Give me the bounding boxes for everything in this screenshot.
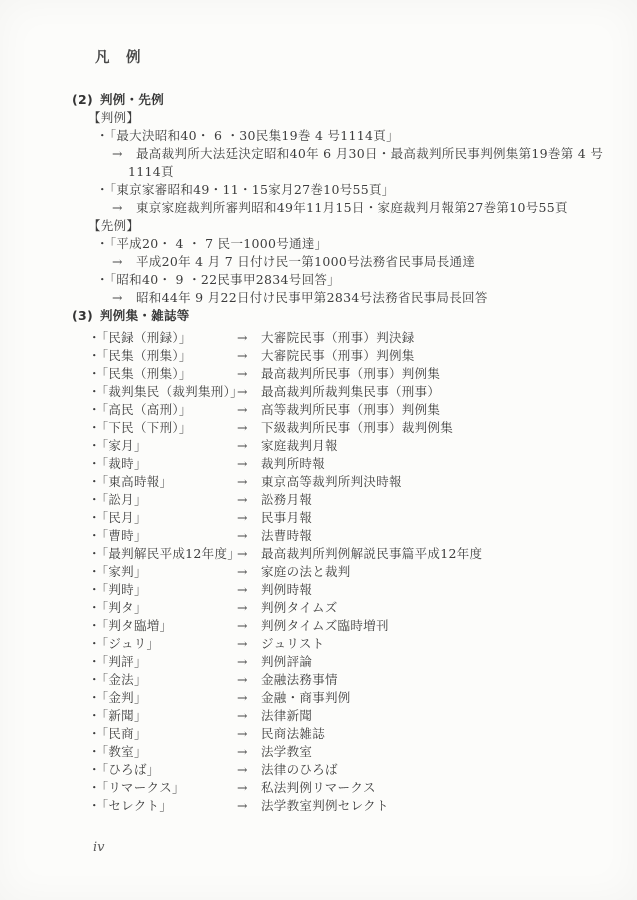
bullet-icon: ・: [88, 456, 101, 471]
abbrev-cell: ・「判タ」: [88, 599, 237, 617]
entry-meaning: 東京家庭裁判所審判昭和49年11月15日・家庭裁判月報第27巻第10号55頁: [136, 200, 568, 215]
entry-meaning: 最高裁判所民事（刑事）判例集: [261, 365, 607, 383]
entry-abbr: 「裁判集民（裁判集刑）」: [102, 384, 243, 399]
entry-abbr: 「ひろば」: [102, 762, 160, 777]
entry-abbr: 「最判解民平成12年度」: [102, 546, 240, 561]
entry-meaning: 大審院民事（刑事）判例集: [261, 347, 607, 365]
maps-to-arrow: →: [237, 563, 261, 581]
entry-meaning: 最高裁判所判例解説民事篇平成12年度: [261, 545, 607, 563]
content: (2)判例・先例 【判例】 ・「最大決昭和40・ 6 ・30民集19巻 4 号1…: [72, 91, 607, 815]
maps-to-arrow: →: [237, 491, 261, 509]
abbrev-cell: ・「民月」: [88, 509, 237, 527]
abbrev-row: ・「最判解民平成12年度」 → 最高裁判所判例解説民事篇平成12年度: [72, 545, 607, 563]
bullet-icon: ・: [88, 474, 101, 489]
maps-to-arrow: →: [112, 253, 136, 271]
maps-to-arrow: →: [237, 797, 261, 815]
entry-abbr: 「金判」: [102, 690, 147, 705]
abbrev-cell: ・「ジュリ」: [88, 635, 237, 653]
abbrev-cell: ・「判評」: [88, 653, 237, 671]
maps-to-arrow: →: [237, 383, 261, 401]
bullet-icon: ・: [88, 618, 101, 633]
bullet-icon: ・: [88, 744, 101, 759]
precedent-entry: ・「昭和40・ 9 ・22民事甲2834号回答」: [72, 271, 607, 289]
entry-meaning: 法律新聞: [261, 707, 607, 725]
abbrev-row: ・「ひろば」 → 法律のひろば: [72, 761, 607, 779]
bullet-icon: ・: [88, 348, 101, 363]
maps-to-arrow: →: [237, 761, 261, 779]
abbrev-cell: ・「民集（刑集）」: [88, 347, 237, 365]
abbrev-cell: ・「金判」: [88, 689, 237, 707]
bullet-icon: ・: [88, 582, 101, 597]
maps-to-arrow: →: [237, 599, 261, 617]
bullet-icon: ・: [88, 330, 101, 345]
entry-abbr: 「高民（高刑）」: [102, 402, 192, 417]
abbrev-cell: ・「判タ臨増」: [88, 617, 237, 635]
bullet-icon: ・: [88, 366, 101, 381]
precedent-meaning: →平成20年 4 月 7 日付け民一第1000号法務省民事局長通達: [72, 253, 607, 271]
entry-meaning: 最高裁判所裁判集民事（刑事）: [261, 383, 607, 401]
bullet-icon: ・: [88, 438, 101, 453]
maps-to-arrow: →: [237, 347, 261, 365]
entry-meaning: 平成20年 4 月 7 日付け民一第1000号法務省民事局長通達: [136, 254, 475, 269]
maps-to-arrow: →: [237, 689, 261, 707]
entry-meaning: 民商法雑誌: [261, 725, 607, 743]
bullet-icon: ・: [88, 384, 101, 399]
abbrev-cell: ・「高民（高刑）」: [88, 401, 237, 419]
abbrev-row: ・「裁時」 → 裁判所時報: [72, 455, 607, 473]
entry-meaning: 私法判例リマークス: [261, 779, 607, 797]
entry-abbr: 「民集（刑集）」: [102, 348, 192, 363]
abbrev-cell: ・「民商」: [88, 725, 237, 743]
entry-abbr: 「下民（下刑）」: [102, 420, 192, 435]
page-title: 凡 例: [95, 46, 142, 67]
bullet-icon: ・: [96, 182, 109, 197]
abbrev-row: ・「民月」 → 民事月報: [72, 509, 607, 527]
bullet-icon: ・: [96, 128, 109, 143]
page: 凡 例 (2)判例・先例 【判例】 ・「最大決昭和40・ 6 ・30民集19巻 …: [0, 0, 637, 900]
abbrev-cell: ・「最判解民平成12年度」: [88, 545, 237, 563]
group-label-senrei: 【先例】: [72, 217, 607, 235]
abbrev-cell: ・「判時」: [88, 581, 237, 599]
bullet-icon: ・: [88, 528, 101, 543]
abbrev-list: ・「民録（刑録）」 → 大審院民事（刑事）判決録 ・「民集（刑集）」 → 大審院…: [72, 329, 607, 815]
maps-to-arrow: →: [237, 653, 261, 671]
abbrev-row: ・「判タ」 → 判例タイムズ: [72, 599, 607, 617]
maps-to-arrow: →: [237, 401, 261, 419]
bullet-icon: ・: [88, 762, 101, 777]
bullet-icon: ・: [88, 780, 101, 795]
maps-to-arrow: →: [237, 545, 261, 563]
page-number: iv: [93, 840, 105, 855]
abbrev-row: ・「裁判集民（裁判集刑）」 → 最高裁判所裁判集民事（刑事）: [72, 383, 607, 401]
entry-abbr: 「リマークス」: [102, 780, 185, 795]
bullet-icon: ・: [96, 236, 109, 251]
entry-meaning: 法学教室: [261, 743, 607, 761]
bullet-icon: ・: [88, 690, 101, 705]
maps-to-arrow: →: [112, 145, 136, 163]
abbrev-row: ・「曹時」 → 法曹時報: [72, 527, 607, 545]
entry-abbr: 「家月」: [102, 438, 147, 453]
abbrev-row: ・「民録（刑録）」 → 大審院民事（刑事）判決録: [72, 329, 607, 347]
abbrev-cell: ・「裁時」: [88, 455, 237, 473]
maps-to-arrow: →: [237, 635, 261, 653]
abbrev-cell: ・「家月」: [88, 437, 237, 455]
entry-meaning: ジュリスト: [261, 635, 607, 653]
entry-meaning: 下級裁判所民事（刑事）裁判例集: [261, 419, 607, 437]
entry-abbr: 「判時」: [102, 582, 147, 597]
abbrev-row: ・「民集（刑集）」 → 大審院民事（刑事）判例集: [72, 347, 607, 365]
abbrev-row: ・「リマークス」 → 私法判例リマークス: [72, 779, 607, 797]
abbrev-row: ・「下民（下刑）」 → 下級裁判所民事（刑事）裁判例集: [72, 419, 607, 437]
abbrev-cell: ・「リマークス」: [88, 779, 237, 797]
section-reporters-heading: (3)判例集・雑誌等: [72, 307, 607, 325]
abbrev-row: ・「民集（刑集）」 → 最高裁判所民事（刑事）判例集: [72, 365, 607, 383]
abbrev-cell: ・「東高時報」: [88, 473, 237, 491]
precedent-meaning-continuation: 1114頁: [72, 163, 607, 181]
entry-meaning: 法律のひろば: [261, 761, 607, 779]
abbrev-cell: ・「下民（下刑）」: [88, 419, 237, 437]
entry-abbr: 「家判」: [102, 564, 147, 579]
bullet-icon: ・: [88, 672, 101, 687]
bullet-icon: ・: [88, 402, 101, 417]
abbrev-row: ・「判時」 → 判例時報: [72, 581, 607, 599]
entry-abbr: 「新聞」: [102, 708, 147, 723]
entry-abbr: 「民月」: [102, 510, 147, 525]
precedent-meaning: →最高裁判所大法廷決定昭和40年 6 月30日・最高裁判所民事判例集第19巻第 …: [72, 145, 607, 163]
entry-abbr: 「セレクト」: [102, 798, 172, 813]
maps-to-arrow: →: [237, 473, 261, 491]
entry-abbr: 「東高時報」: [102, 474, 173, 489]
maps-to-arrow: →: [237, 455, 261, 473]
precedent-entry: ・「最大決昭和40・ 6 ・30民集19巻 4 号1114頁」: [72, 127, 607, 145]
entry-abbr: 「昭和40・ 9 ・22民事甲2834号回答」: [110, 272, 340, 287]
precedent-meaning: →昭和44年 9 月22日付け民事甲第2834号法務省民事局長回答: [72, 289, 607, 307]
bullet-icon: ・: [96, 272, 109, 287]
abbrev-row: ・「判評」 → 判例評論: [72, 653, 607, 671]
abbrev-row: ・「判タ臨増」 → 判例タイムズ臨時増刊: [72, 617, 607, 635]
entry-meaning: 家庭裁判月報: [261, 437, 607, 455]
group-label-hanrei: 【判例】: [72, 109, 607, 127]
entry-meaning: 最高裁判所大法廷決定昭和40年 6 月30日・最高裁判所民事判例集第19巻第 4…: [136, 146, 603, 161]
entry-abbr: 「最大決昭和40・ 6 ・30民集19巻 4 号1114頁」: [110, 128, 399, 143]
maps-to-arrow: →: [237, 329, 261, 347]
entry-abbr: 「判タ」: [102, 600, 147, 615]
abbrev-row: ・「家月」 → 家庭裁判月報: [72, 437, 607, 455]
entry-abbr: 「教室」: [102, 744, 147, 759]
entry-meaning: 訟務月報: [261, 491, 607, 509]
maps-to-arrow: →: [237, 365, 261, 383]
section-precedents-heading: (2)判例・先例: [72, 91, 607, 109]
bullet-icon: ・: [88, 798, 101, 813]
entry-abbr: 「判評」: [102, 654, 147, 669]
abbrev-row: ・「教室」 → 法学教室: [72, 743, 607, 761]
entry-meaning: 金融法務事情: [261, 671, 607, 689]
abbrev-cell: ・「セレクト」: [88, 797, 237, 815]
abbrev-cell: ・「ひろば」: [88, 761, 237, 779]
abbrev-row: ・「訟月」 → 訟務月報: [72, 491, 607, 509]
entry-meaning: 判例タイムズ臨時増刊: [261, 617, 607, 635]
entry-abbr: 「判タ臨増」: [102, 618, 173, 633]
entry-abbr: 「民集（刑集）」: [102, 366, 192, 381]
precedent-meaning: →東京家庭裁判所審判昭和49年11月15日・家庭裁判月報第27巻第10号55頁: [72, 199, 607, 217]
bullet-icon: ・: [88, 492, 101, 507]
abbrev-cell: ・「訟月」: [88, 491, 237, 509]
abbrev-row: ・「民商」 → 民商法雑誌: [72, 725, 607, 743]
maps-to-arrow: →: [237, 581, 261, 599]
maps-to-arrow: →: [237, 707, 261, 725]
entry-abbr: 「訟月」: [102, 492, 147, 507]
abbrev-row: ・「金判」 → 金融・商事判例: [72, 689, 607, 707]
entry-meaning: 家庭の法と裁判: [261, 563, 607, 581]
entry-abbr: 「金法」: [102, 672, 147, 687]
entry-meaning: 判例時報: [261, 581, 607, 599]
abbrev-cell: ・「金法」: [88, 671, 237, 689]
entry-abbr: 「平成20・ 4 ・ 7 民一1000号通達」: [110, 236, 328, 251]
bullet-icon: ・: [88, 708, 101, 723]
abbrev-cell: ・「新聞」: [88, 707, 237, 725]
abbrev-cell: ・「裁判集民（裁判集刑）」: [88, 383, 237, 401]
bullet-icon: ・: [88, 600, 101, 615]
bullet-icon: ・: [88, 636, 101, 651]
entry-meaning: 法曹時報: [261, 527, 607, 545]
precedent-entry: ・「平成20・ 4 ・ 7 民一1000号通達」: [72, 235, 607, 253]
bullet-icon: ・: [88, 564, 101, 579]
entry-abbr: 「裁時」: [102, 456, 147, 471]
abbrev-cell: ・「民集（刑集）」: [88, 365, 237, 383]
entry-meaning: 東京高等裁判所判決時報: [261, 473, 607, 491]
maps-to-arrow: →: [237, 419, 261, 437]
maps-to-arrow: →: [237, 779, 261, 797]
abbrev-cell: ・「教室」: [88, 743, 237, 761]
entry-abbr: 「民録（刑録）」: [102, 330, 192, 345]
abbrev-cell: ・「曹時」: [88, 527, 237, 545]
section-number: (3): [72, 307, 100, 325]
entry-meaning: 大審院民事（刑事）判決録: [261, 329, 607, 347]
abbrev-row: ・「家判」 → 家庭の法と裁判: [72, 563, 607, 581]
maps-to-arrow: →: [112, 289, 136, 307]
bullet-icon: ・: [88, 726, 101, 741]
maps-to-arrow: →: [112, 199, 136, 217]
entry-meaning: 高等裁判所民事（刑事）判例集: [261, 401, 607, 419]
abbrev-row: ・「新聞」 → 法律新聞: [72, 707, 607, 725]
bullet-icon: ・: [88, 420, 101, 435]
abbrev-row: ・「ジュリ」 → ジュリスト: [72, 635, 607, 653]
entry-meaning: 法学教室判例セレクト: [261, 797, 607, 815]
maps-to-arrow: →: [237, 617, 261, 635]
abbrev-row: ・「東高時報」 → 東京高等裁判所判決時報: [72, 473, 607, 491]
entry-abbr: 「曹時」: [102, 528, 147, 543]
abbrev-row: ・「セレクト」 → 法学教室判例セレクト: [72, 797, 607, 815]
entry-abbr: 「民商」: [102, 726, 147, 741]
bullet-icon: ・: [88, 546, 101, 561]
maps-to-arrow: →: [237, 671, 261, 689]
abbrev-row: ・「高民（高刑）」 → 高等裁判所民事（刑事）判例集: [72, 401, 607, 419]
entry-meaning: 昭和44年 9 月22日付け民事甲第2834号法務省民事局長回答: [136, 290, 488, 305]
maps-to-arrow: →: [237, 743, 261, 761]
entry-meaning: 民事月報: [261, 509, 607, 527]
precedent-entry: ・「東京家審昭和49・11・15家月27巻10号55頁」: [72, 181, 607, 199]
section-number: (2): [72, 91, 100, 109]
entry-meaning: 金融・商事判例: [261, 689, 607, 707]
maps-to-arrow: →: [237, 725, 261, 743]
maps-to-arrow: →: [237, 437, 261, 455]
abbrev-row: ・「金法」 → 金融法務事情: [72, 671, 607, 689]
section-heading-label: 判例集・雑誌等: [100, 308, 190, 323]
maps-to-arrow: →: [237, 527, 261, 545]
bullet-icon: ・: [88, 510, 101, 525]
abbrev-cell: ・「家判」: [88, 563, 237, 581]
entry-meaning: 判例評論: [261, 653, 607, 671]
entry-meaning: 裁判所時報: [261, 455, 607, 473]
abbrev-cell: ・「民録（刑録）」: [88, 329, 237, 347]
section-heading-label: 判例・先例: [100, 92, 164, 107]
entry-abbr: 「東京家審昭和49・11・15家月27巻10号55頁」: [110, 182, 395, 197]
bullet-icon: ・: [88, 654, 101, 669]
entry-abbr: 「ジュリ」: [102, 636, 160, 651]
maps-to-arrow: →: [237, 509, 261, 527]
entry-meaning: 判例タイムズ: [261, 599, 607, 617]
